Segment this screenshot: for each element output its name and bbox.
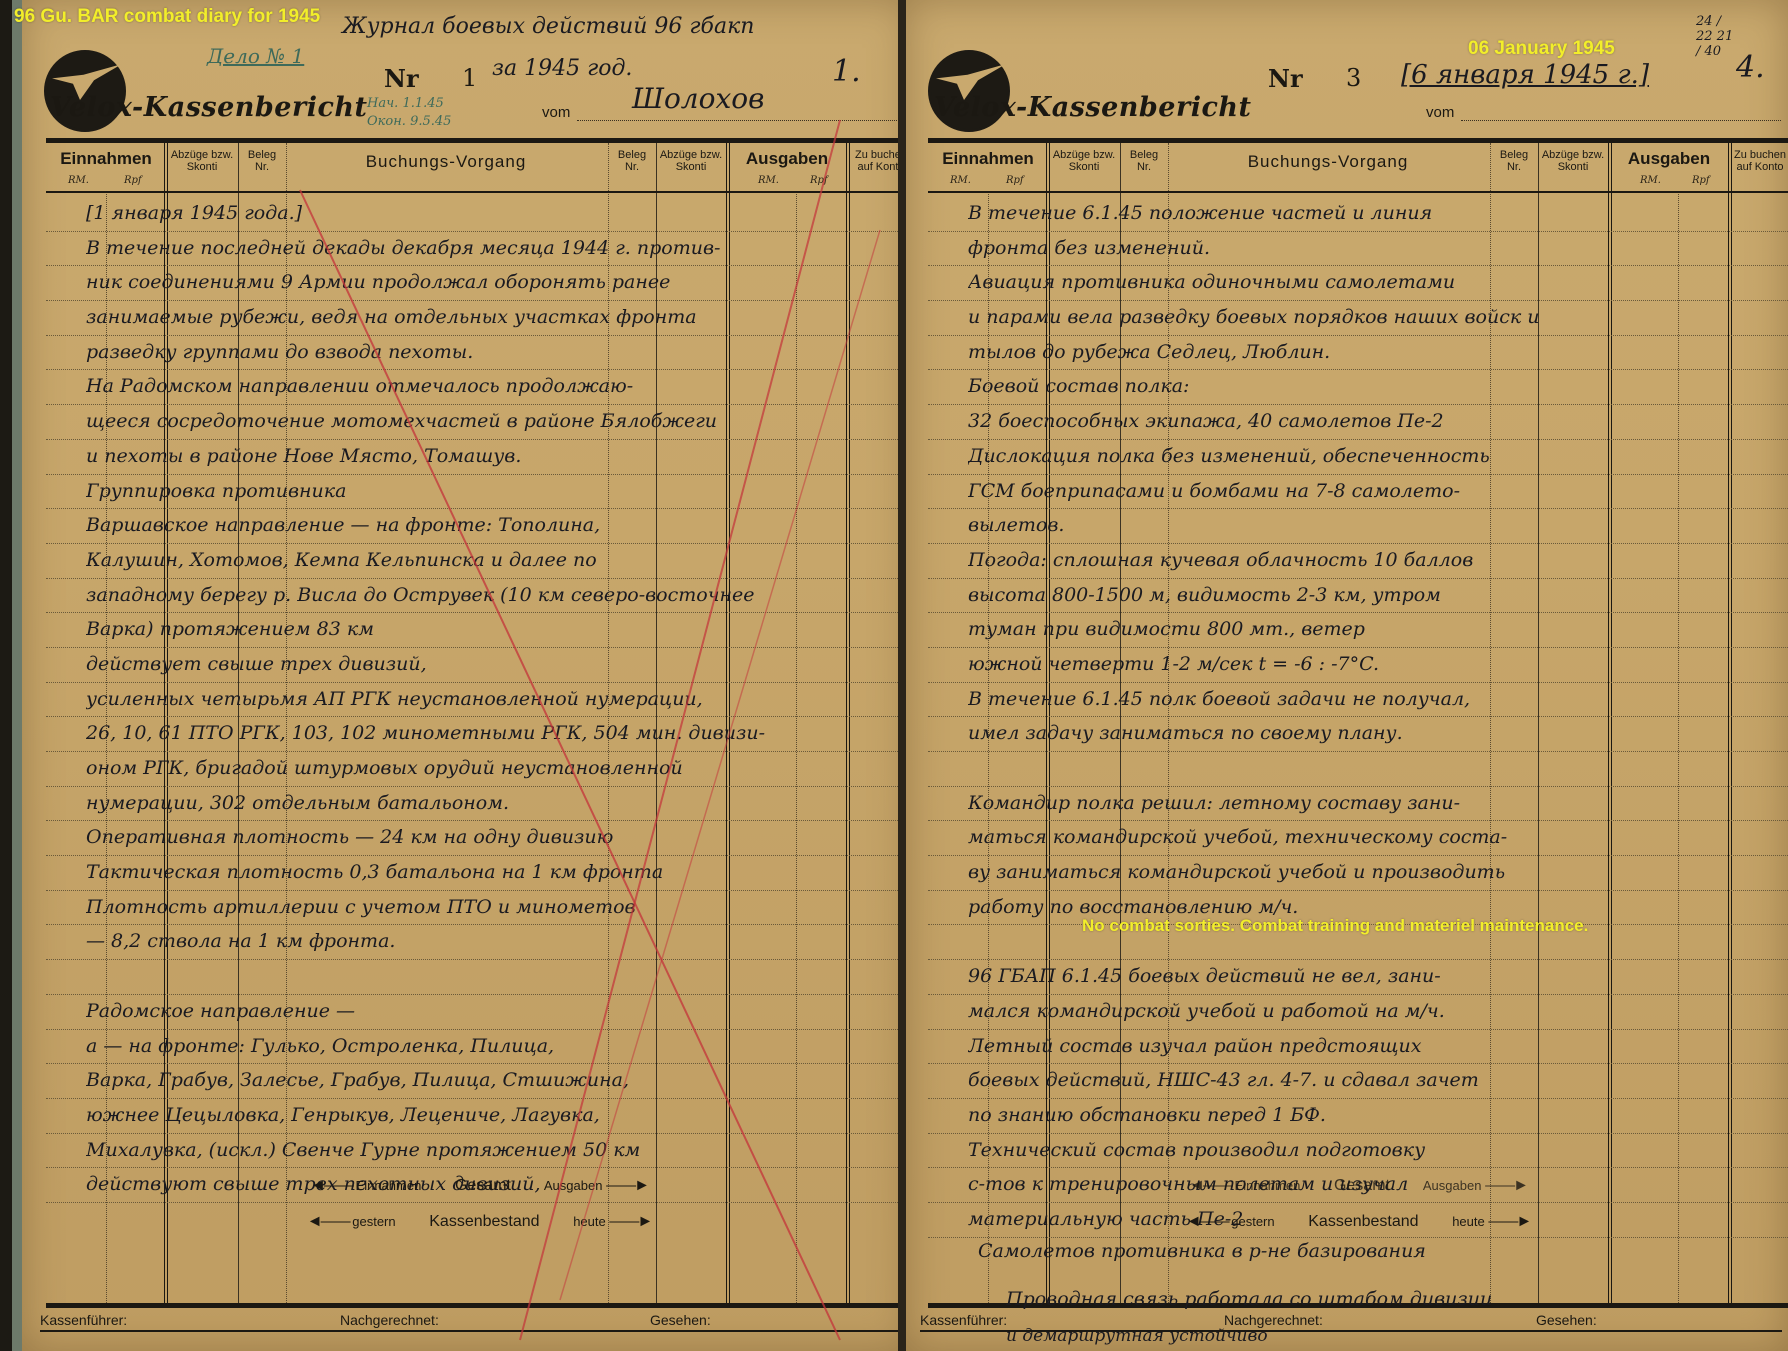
handwritten-line: Михалувка, (искл.) Свенче Гурне протяжен… xyxy=(86,1134,912,1166)
page-number: 4. xyxy=(1736,50,1765,85)
totals-heute-label: heute xyxy=(1452,1214,1485,1229)
table-row: занимаемые рубежи, ведя на отдельных уча… xyxy=(46,301,912,336)
table-row: Варшавское направление — на фронте: Топо… xyxy=(46,509,912,544)
col-zu-buchen: Zu buchen auf Konto xyxy=(1732,149,1788,173)
file-note: Дело № 1 xyxy=(207,44,304,68)
table-row: Летный состав изучал район предстоящих xyxy=(928,1030,1788,1065)
table-row: Варка) протяжением 83 км xyxy=(46,613,912,648)
nr-label: Nr xyxy=(1268,64,1303,93)
footer-line xyxy=(40,1330,902,1332)
below-table-line: и демаршрутная устойчиво xyxy=(1006,1326,1268,1346)
handwritten-line: туман при видимости 800 мт., ветер xyxy=(968,613,1788,645)
footer-line xyxy=(920,1330,1782,1332)
handwritten-line: западному берегу р. Висла до Острувек (1… xyxy=(86,579,912,611)
table-row: щееся сосредоточение мотомехчастей в рай… xyxy=(46,405,912,440)
totals-heute-label: heute xyxy=(573,1214,606,1229)
left-page: Velox-Kassenbericht Дело № 1 Журнал боев… xyxy=(12,0,910,1351)
signature: Шолохов xyxy=(632,82,764,115)
table-row: фронта без изменений. xyxy=(928,232,1788,267)
table-row: маться командирской учебой, техническому… xyxy=(928,821,1788,856)
footer-kassenfuehrer: Kassenführer: xyxy=(920,1312,1007,1328)
table-row: В течение 6.1.45 положение частей и лини… xyxy=(928,197,1788,232)
table-row: по знанию обстановки перед 1 БФ. xyxy=(928,1099,1788,1134)
table-row: В течение последней декады декабря месяц… xyxy=(46,232,912,267)
handwritten-line: имел задачу заниматься по своему плану. xyxy=(968,717,1788,749)
form-brand: Velox-Kassenbericht xyxy=(50,92,368,123)
table-row: ву заниматься командирской учебой и прои… xyxy=(928,856,1788,891)
col-abzuege: Abzüge bzw. Skonti xyxy=(170,149,234,173)
table-row: западному берегу р. Висла до Острувек (1… xyxy=(46,579,912,614)
handwritten-line: Группировка противника xyxy=(86,475,912,507)
handwritten-line: южной четверти 1-2 м/сек t = -6 : -7°C. xyxy=(968,648,1788,680)
handwritten-line: Плотность артиллерии с учетом ПТО и мино… xyxy=(86,891,912,923)
diary-spread: Velox-Kassenbericht Дело № 1 Журнал боев… xyxy=(0,0,1788,1351)
journal-title-line2: за 1945 год. xyxy=(492,56,632,81)
page-number: 1. xyxy=(832,54,861,89)
handwritten-line: действует свыше трех дивизий, xyxy=(86,648,912,680)
col-abzuege-2: Abzüge bzw. Skonti xyxy=(658,149,724,173)
summary-overlay: No combat sorties. Combat training and m… xyxy=(1082,916,1588,936)
col-beleg: Beleg Nr. xyxy=(240,149,284,173)
table-row: южной четверти 1-2 м/сек t = -6 : -7°C. xyxy=(928,648,1788,683)
totals-ausgaben-label: Ausgaben xyxy=(1423,1178,1482,1193)
totals-kassenbestand-label: Kassenbestand xyxy=(429,1213,539,1230)
handwritten-line: Боевой состав полка: xyxy=(968,370,1788,402)
handwritten-line: а — на фронте: Гулько, Остроленка, Пилиц… xyxy=(86,1030,912,1062)
handwritten-line: Варшавское направление — на фронте: Топо… xyxy=(86,509,912,541)
handwritten-line: Авиация противника одиночными самолетами xyxy=(968,266,1788,298)
totals-gesamt: ◄—— Einnahmen Gesamt Ausgaben ——► xyxy=(928,1177,1788,1195)
table-row: 26, 10, 61 ПТО РГК, 103, 102 минометными… xyxy=(46,717,912,752)
handwritten-line: ник соединениями 9 Армии продолжал оборо… xyxy=(86,266,912,298)
handwritten-line: занимаемые рубежи, ведя на отдельных уча… xyxy=(86,301,912,333)
handwritten-line: Оперативная плотность — 24 км на одну ди… xyxy=(86,821,912,853)
handwritten-line: Калушин, Хотомов, Кемпа Кельпинска и дал… xyxy=(86,544,912,576)
footer-nachgerechnet: Nachgerechnet: xyxy=(1224,1312,1323,1328)
handwritten-line: На Радомском направлении отмечалось прод… xyxy=(86,370,912,402)
handwritten-line: усиленных четырьмя АП РГК неустановленно… xyxy=(86,683,912,715)
handwritten-line: щееся сосредоточение мотомехчастей в рай… xyxy=(86,405,912,437)
handwritten-line: боевых действий, НШС-43 гл. 4-7. и сдава… xyxy=(968,1064,1788,1096)
start-date: Нач. 1.1.45 xyxy=(367,96,444,111)
handwritten-line: южнее Цецыловка, Генрыкув, Лецениче, Лаг… xyxy=(86,1099,912,1131)
table-row: и пехоты в районе Нове Място, Томашув. xyxy=(46,440,912,475)
below-table-line: Проводная связь работала со штабом дивиз… xyxy=(1006,1288,1492,1310)
handwritten-line: ГСМ боеприпасами и бомбами на 7-8 самоле… xyxy=(968,475,1788,507)
handwritten-line: В течение 6.1.45 положение частей и лини… xyxy=(968,197,1788,229)
handwritten-line: вылетов. xyxy=(968,509,1788,541)
totals-kassenbestand: ◄—— gestern Kassenbestand heute ——► xyxy=(928,1213,1788,1231)
handwritten-line: фронта без изменений. xyxy=(968,232,1788,264)
totals-gestern-label: gestern xyxy=(352,1214,395,1229)
collection-title-overlay: 96 Gu. BAR combat diary for 1945 xyxy=(14,6,320,28)
handwritten-line: и парами вела разведку боевых порядков н… xyxy=(968,301,1788,333)
table-header: Einnahmen RM. Rpf Abzüge bzw. Skonti Bel… xyxy=(928,143,1788,193)
table-row: [1 января 1945 года.] xyxy=(46,197,912,232)
corner-notes: 24 / 22 21 / 40 xyxy=(1696,14,1736,59)
ledger-table-right: Einnahmen RM. Rpf Abzüge bzw. Skonti Bel… xyxy=(928,138,1788,1308)
handwritten-line: Командир полка решил: летному составу за… xyxy=(968,787,1788,819)
vom-line xyxy=(577,120,897,121)
table-row: нумерации, 302 отдельным батальоном. xyxy=(46,787,912,822)
col-einnahmen: Einnahmen xyxy=(50,149,162,169)
handwritten-line: Варка) протяжением 83 км xyxy=(86,613,912,645)
ledger-table-left: Einnahmen RM. Rpf Abzüge bzw. Skonti Bel… xyxy=(46,138,912,1308)
totals-gesamt-label: Gesamt xyxy=(455,1177,511,1194)
table-row: боевых действий, НШС-43 гл. 4-7. и сдава… xyxy=(928,1064,1788,1099)
below-table-line: Самолетов противника в р-не базирования xyxy=(978,1235,1788,1267)
table-row: ГСМ боеприпасами и бомбами на 7-8 самоле… xyxy=(928,475,1788,510)
table-row: туман при видимости 800 мт., ветер xyxy=(928,613,1788,648)
handwritten-line: 26, 10, 61 ПТО РГК, 103, 102 минометными… xyxy=(86,717,912,749)
totals-gestern-label: gestern xyxy=(1231,1214,1274,1229)
col-ausgaben: Ausgaben xyxy=(730,149,844,169)
table-row: вылетов. xyxy=(928,509,1788,544)
col-rm: RM. xyxy=(950,175,971,186)
handwritten-line: [1 января 1945 года.] xyxy=(86,197,912,229)
handwritten-line: ву заниматься командирской учебой и прои… xyxy=(968,856,1788,888)
handwritten-line: Варка, Грабув, Залесье, Грабув, Пилица, … xyxy=(86,1064,912,1096)
table-row: а — на фронте: Гулько, Остроленка, Пилиц… xyxy=(46,1030,912,1065)
handwritten-line: Радомское направление — xyxy=(86,995,912,1027)
table-row: Дислокация полка без изменений, обеспече… xyxy=(928,440,1788,475)
table-row: ник соединениями 9 Армии продолжал оборо… xyxy=(46,266,912,301)
table-row: 96 ГБАП 6.1.45 боевых действий не вел, з… xyxy=(928,960,1788,995)
table-row: Технический состав производил подготовку xyxy=(928,1134,1788,1169)
handwritten-line: 96 ГБАП 6.1.45 боевых действий не вел, з… xyxy=(968,960,1788,992)
totals-einnahmen-label: Einnahmen xyxy=(356,1178,422,1193)
table-row: 32 боеспособных экипажа, 40 самолетов Пе… xyxy=(928,405,1788,440)
nr-value: 3 xyxy=(1346,64,1361,92)
col-rpf-2: Rpf xyxy=(810,175,828,186)
col-rm: RM. xyxy=(68,175,89,186)
table-row: южнее Цецыловка, Генрыкув, Лецениче, Лаг… xyxy=(46,1099,912,1134)
col-beleg-2: Beleg Nr. xyxy=(610,149,654,173)
col-ausgaben: Ausgaben xyxy=(1612,149,1726,169)
col-einnahmen: Einnahmen xyxy=(932,149,1044,169)
handwritten-line: В течение последней декады декабря месяц… xyxy=(86,232,912,264)
handwritten-line: мался командирской учебой и работой на м… xyxy=(968,995,1788,1027)
col-rpf: Rpf xyxy=(124,175,142,186)
handwritten-line: нумерации, 302 отдельным батальоном. xyxy=(86,787,912,819)
totals-ausgaben-label: Ausgaben xyxy=(544,1178,603,1193)
footer-nachgerechnet: Nachgerechnet: xyxy=(340,1312,439,1328)
totals-gesamt: ◄—— Einnahmen Gesamt Ausgaben ——► xyxy=(46,1177,912,1195)
handwritten-line: — 8,2 ствола на 1 км фронта. xyxy=(86,925,912,957)
col-rm-2: RM. xyxy=(1640,175,1661,186)
handwritten-line: Летный состав изучал район предстоящих xyxy=(968,1030,1788,1062)
col-buchungs-vorgang: Buchungs-Vorgang xyxy=(296,149,596,175)
handwritten-date: [6 января 1945 г.] xyxy=(1401,60,1649,90)
table-row: Оперативная плотность — 24 км на одну ди… xyxy=(46,821,912,856)
vom-label: vom xyxy=(1426,104,1454,121)
entry-rows: [1 января 1945 года.] В течение последне… xyxy=(46,197,912,1203)
col-rpf: Rpf xyxy=(1006,175,1024,186)
handwritten-line: Технический состав производил подготовку xyxy=(968,1134,1788,1166)
handwritten-line: высота 800-1500 м, видимость 2-3 км, утр… xyxy=(968,579,1788,611)
table-row: высота 800-1500 м, видимость 2-3 км, утр… xyxy=(928,579,1788,614)
table-row xyxy=(928,752,1788,787)
table-row: — 8,2 ствола на 1 км фронта. xyxy=(46,925,912,960)
footer-gesehen: Gesehen: xyxy=(1536,1312,1597,1328)
table-row: имел задачу заниматься по своему плану. xyxy=(928,717,1788,752)
totals-kassenbestand: ◄—— gestern Kassenbestand heute ——► xyxy=(46,1213,912,1231)
table-row: Михалувка, (искл.) Свенче Гурне протяжен… xyxy=(46,1134,912,1169)
handwritten-line: Тактическая плотность 0,3 батальона на 1… xyxy=(86,856,912,888)
totals-einnahmen-label: Einnahmen xyxy=(1235,1178,1301,1193)
right-page: Velox-Kassenbericht Nr 3 [6 января 1945 … xyxy=(906,0,1788,1351)
journal-title-line1: Журнал боевых действий 96 гбакп xyxy=(342,14,754,39)
table-row: Боевой состав полка: xyxy=(928,370,1788,405)
table-row: Погода: сплошная кучевая облачность 10 б… xyxy=(928,544,1788,579)
table-row: и парами вела разведку боевых порядков н… xyxy=(928,301,1788,336)
handwritten-line: по знанию обстановки перед 1 БФ. xyxy=(968,1099,1788,1131)
col-rm-2: RM. xyxy=(758,175,779,186)
table-row: В течение 6.1.45 полк боевой задачи не п… xyxy=(928,683,1788,718)
handwritten-line: маться командирской учебой, техническому… xyxy=(968,821,1788,853)
table-row: Группировка противника xyxy=(46,475,912,510)
table-row: Варка, Грабув, Залесье, Грабув, Пилица, … xyxy=(46,1064,912,1099)
table-row: действует свыше трех дивизий, xyxy=(46,648,912,683)
table-header: Einnahmen RM. Rpf Abzüge bzw. Skonti Bel… xyxy=(46,143,912,193)
handwritten-line: и пехоты в районе Нове Място, Томашув. xyxy=(86,440,912,472)
handwritten-line: оном РГК, бригадой штурмовых орудий неус… xyxy=(86,752,912,784)
table-row: На Радомском направлении отмечалось прод… xyxy=(46,370,912,405)
col-abzuege-2: Abzüge bzw. Skonti xyxy=(1540,149,1606,173)
col-beleg-2: Beleg Nr. xyxy=(1492,149,1536,173)
col-rpf-2: Rpf xyxy=(1692,175,1710,186)
table-row xyxy=(46,960,912,995)
end-date: Окон. 9.5.45 xyxy=(367,114,451,129)
col-beleg: Beleg Nr. xyxy=(1122,149,1166,173)
nr-label: Nr xyxy=(384,64,419,93)
col-buchungs-vorgang: Buchungs-Vorgang xyxy=(1178,149,1478,175)
handwritten-line: тылов до рубежа Седлец, Люблин. xyxy=(968,336,1788,368)
handwritten-line: Дислокация полка без изменений, обеспече… xyxy=(968,440,1788,472)
handwritten-line: В течение 6.1.45 полк боевой задачи не п… xyxy=(968,683,1788,715)
table-row: Радомское направление — xyxy=(46,995,912,1030)
table-row: Тактическая плотность 0,3 батальона на 1… xyxy=(46,856,912,891)
nr-value: 1 xyxy=(462,64,477,92)
vom-label: vom xyxy=(542,104,570,121)
vom-line xyxy=(1461,120,1781,121)
table-row: усиленных четырьмя АП РГК неустановленно… xyxy=(46,683,912,718)
col-abzuege: Abzüge bzw. Skonti xyxy=(1052,149,1116,173)
handwritten-line: Погода: сплошная кучевая облачность 10 б… xyxy=(968,544,1788,576)
table-row: Авиация противника одиночными самолетами xyxy=(928,266,1788,301)
table-row: разведку группами до взвода пехоты. xyxy=(46,336,912,371)
table-row: оном РГК, бригадой штурмовых орудий неус… xyxy=(46,752,912,787)
table-row: Калушин, Хотомов, Кемпа Кельпинска и дал… xyxy=(46,544,912,579)
totals-gesamt-label: Gesamt xyxy=(1334,1177,1390,1194)
handwritten-line: 32 боеспособных экипажа, 40 самолетов Пе… xyxy=(968,405,1788,437)
table-row: Плотность артиллерии с учетом ПТО и мино… xyxy=(46,891,912,926)
totals-kassenbestand-label: Kassenbestand xyxy=(1308,1213,1418,1230)
table-row: мался командирской учебой и работой на м… xyxy=(928,995,1788,1030)
date-overlay: 06 January 1945 xyxy=(1468,38,1615,60)
footer-kassenfuehrer: Kassenführer: xyxy=(40,1312,127,1328)
table-row: тылов до рубежа Седлец, Люблин. xyxy=(928,336,1788,371)
footer-gesehen: Gesehen: xyxy=(650,1312,711,1328)
table-row: Командир полка решил: летному составу за… xyxy=(928,787,1788,822)
entry-rows: В течение 6.1.45 положение частей и лини… xyxy=(928,197,1788,1238)
handwritten-line: разведку группами до взвода пехоты. xyxy=(86,336,912,368)
form-brand: Velox-Kassenbericht xyxy=(934,92,1252,123)
